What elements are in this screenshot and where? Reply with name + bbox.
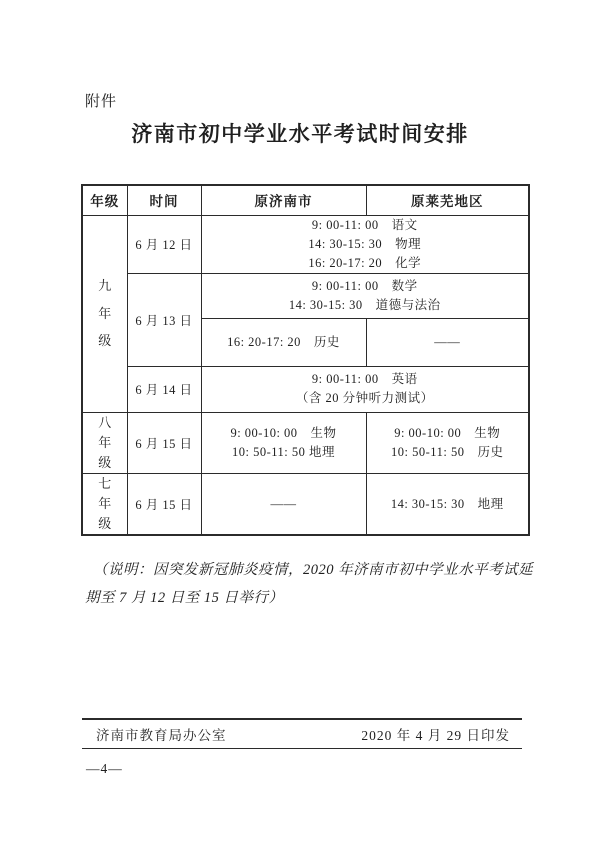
attachment-label: 附件 bbox=[85, 90, 117, 111]
table-header-row: 年级 时间 原济南市 原莱芜地区 bbox=[82, 185, 529, 215]
table-row-grade8: 八年级 6 月 15 日 9: 00-10: 00 生物 10: 50-11: … bbox=[82, 412, 529, 473]
date-cell-jun15-grade7: 6 月 15 日 bbox=[127, 473, 201, 535]
table-row-jun14: 6 月 14 日 9: 00-11: 00 英语 （含 20 分钟听力测试） bbox=[82, 366, 529, 412]
grade-cell-grade9: 九年级 bbox=[82, 215, 127, 412]
page-number: —4— bbox=[86, 761, 123, 777]
document-page: 附件 济南市初中学业水平考试时间安排 年级 时间 原济南市 原莱芜地区 九年级 … bbox=[0, 0, 600, 849]
schedule-cell-jun13-combined: 9: 00-11: 00 数学 14: 30-15: 30 道德与法治 bbox=[201, 273, 529, 318]
schedule-cell-jun13-jinan: 16: 20-17: 20 历史 bbox=[201, 318, 366, 366]
schedule-cell-grade7-jinan: —— bbox=[201, 473, 366, 535]
table-row-grade7: 七年级 6 月 15 日 —— 14: 30-15: 30 地理 bbox=[82, 473, 529, 535]
table-row-jun13-morning: 6 月 13 日 9: 00-11: 00 数学 14: 30-15: 30 道… bbox=[82, 273, 529, 318]
grade8-label: 八年级 bbox=[97, 413, 112, 473]
schedule-cell-jun12-combined: 9: 00-11: 00 语文 14: 30-15: 30 物理 16: 20-… bbox=[201, 215, 529, 273]
grade-cell-grade8: 八年级 bbox=[82, 412, 127, 473]
schedule-cell-jun14-combined: 9: 00-11: 00 英语 （含 20 分钟听力测试） bbox=[201, 366, 529, 412]
header-cell-laiwu: 原莱芜地区 bbox=[366, 185, 529, 215]
note-paragraph: （说明：因突发新冠肺炎疫情，2020 年济南市初中学业水平考试延期至 7 月 1… bbox=[85, 556, 540, 612]
grade7-label: 七年级 bbox=[97, 474, 112, 534]
date-cell-jun13: 6 月 13 日 bbox=[127, 273, 201, 366]
footer-bar: 济南市教育局办公室 2020 年 4 月 29 日印发 bbox=[82, 718, 522, 749]
date-cell-jun14: 6 月 14 日 bbox=[127, 366, 201, 412]
date-cell-jun12: 6 月 12 日 bbox=[127, 215, 201, 273]
schedule-cell-jun13-laiwu: —— bbox=[366, 318, 529, 366]
date-cell-jun15-grade8: 6 月 15 日 bbox=[127, 412, 201, 473]
schedule-cell-grade7-laiwu: 14: 30-15: 30 地理 bbox=[366, 473, 529, 535]
grade-cell-grade7: 七年级 bbox=[82, 473, 127, 535]
table-row-jun12: 九年级 6 月 12 日 9: 00-11: 00 语文 14: 30-15: … bbox=[82, 215, 529, 273]
exam-schedule-table: 年级 时间 原济南市 原莱芜地区 九年级 6 月 12 日 9: 00-11: … bbox=[81, 184, 530, 536]
header-cell-time: 时间 bbox=[127, 185, 201, 215]
schedule-cell-grade8-jinan: 9: 00-10: 00 生物 10: 50-11: 50 地理 bbox=[201, 412, 366, 473]
header-cell-grade: 年级 bbox=[82, 185, 127, 215]
grade9-label: 九年级 bbox=[97, 272, 112, 356]
schedule-cell-grade8-laiwu: 9: 00-10: 00 生物 10: 50-11: 50 历史 bbox=[366, 412, 529, 473]
footer-issuer: 济南市教育局办公室 bbox=[96, 724, 227, 744]
header-cell-jinan: 原济南市 bbox=[201, 185, 366, 215]
footer-print-date: 2020 年 4 月 29 日印发 bbox=[361, 724, 510, 744]
page-title: 济南市初中学业水平考试时间安排 bbox=[0, 118, 600, 148]
